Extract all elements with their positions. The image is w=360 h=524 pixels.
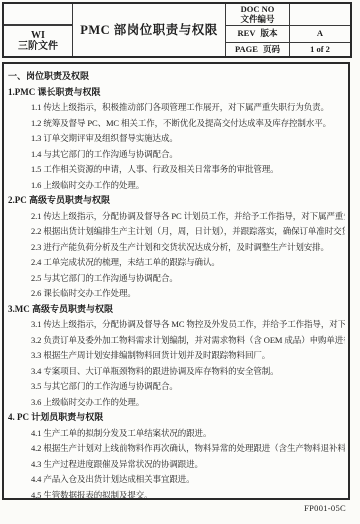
logo-area	[4, 4, 73, 26]
duty-item: 1.2 统筹及督导 PC、MC 相关工作，不断优化及提高交付达成率及库存控制水平…	[8, 116, 345, 132]
section-title: 一、岗位职责及权限	[8, 69, 345, 85]
duty-item: 2.2 根据出货计划编排生产主计划（月，周，日计划），并跟踪落实，确保订单准时交…	[8, 224, 345, 240]
duty-item: 3.6 上级临时交办工作的处理。	[8, 395, 345, 411]
duty-item: 3.2 负责订单及委外加工物料需求计划编制，并对需求物料（含 OEM 成品）申购…	[8, 333, 345, 349]
body-sections: 1.PMC 课长职责与权限1.1 传达上级指示，积极推动部门各项管理工作展开，对…	[8, 85, 345, 501]
rev-label: REV 版本	[226, 26, 290, 43]
doc-type-code: WI	[31, 30, 45, 42]
duty-item: 2.6 课长临时交办工作处理。	[8, 286, 345, 302]
duty-item: 4.4 产品入仓及出货计划达成相关事宜跟进。	[8, 472, 345, 488]
subsection-heading: 4. PC 计划员职责与权限	[8, 410, 345, 426]
duty-item: 2.1 传达上级指示，分配协调及督导各 PC 计划员工作，并给予工作指导，对下属…	[8, 209, 345, 225]
duty-item: 3.5 与其它部门的工作沟通与协调配合。	[8, 379, 345, 395]
rev-value: A	[290, 26, 350, 43]
duty-item: 1.1 传达上级指示，积极推动部门各项管理工作展开，对下属严重失职行为负责。	[8, 100, 345, 116]
duty-item: 4.5 生管数据报表的拟制及提交。	[8, 488, 345, 501]
doc-no-value	[290, 4, 350, 26]
duty-item: 4.1 生产工单的拟制分发及工单结案状况的跟进。	[8, 426, 345, 442]
doc-no-label-zh: 文件编号	[240, 15, 274, 25]
doc-type-label: 三阶文件	[18, 41, 58, 53]
duty-item: 2.3 进行产能负荷分析及生产计划和交货状况达成分析，及时调整生产计划安排。	[8, 240, 345, 256]
duty-item: 4.3 生产过程进度跟催及异常状况的协调跟进。	[8, 457, 345, 473]
page-label: PAGE 页码	[226, 43, 290, 56]
page-label-text: PAGE 页码	[235, 45, 280, 55]
doc-type-cell: WI 三阶文件	[4, 26, 73, 56]
subsection-heading: 1.PMC 课长职责与权限	[8, 85, 345, 101]
duty-item: 4.2 根据生产计划对上线前物料作再次确认，物料异常的处理跟进（含生产物料退补料…	[8, 441, 345, 457]
form-code: FP001-05C	[304, 503, 346, 513]
duty-item: 3.4 专案项目、大订单瓶颈物料的跟进协调及库存物料的安全管制。	[8, 364, 345, 380]
duty-item: 1.5 工作相关资源的申请，人事、行政及相关日常事务的审批管理。	[8, 162, 345, 178]
duty-item: 1.3 订单交期评审及组织督导实施达成。	[8, 131, 345, 147]
subsection-heading: 2.PC 高级专员职责与权限	[8, 193, 345, 209]
doc-no-label: DOC NO 文件编号	[226, 4, 290, 26]
rev-label-text: REV 版本	[238, 29, 278, 39]
document-title: PMC 部岗位职责与权限	[73, 4, 226, 56]
duty-item: 1.6 上级临时交办工作的处理。	[8, 178, 345, 194]
page-value: 1 of 2	[290, 43, 350, 56]
document-page: WI 三阶文件 PMC 部岗位职责与权限 DOC NO 文件编号 REV 版本 …	[0, 0, 360, 524]
duty-item: 1.4 与其它部门的工作沟通与协调配合。	[8, 147, 345, 163]
duty-item: 3.1 传达上级指示，分配协调及督导各 MC 物控及外发员工作，并给予工作指导，…	[8, 317, 345, 333]
subsection-heading: 3.MC 高级专员职责与权限	[8, 302, 345, 318]
body-box: 一、岗位职责及权限 1.PMC 课长职责与权限1.1 传达上级指示，积极推动部门…	[2, 62, 350, 500]
duty-item: 3.3 根据生产周计划安排编制物料回货计划并及时跟踪物料回厂。	[8, 348, 345, 364]
duty-item: 2.5 与其它部门的工作沟通与协调配合。	[8, 271, 345, 287]
header-table: WI 三阶文件 PMC 部岗位职责与权限 DOC NO 文件编号 REV 版本 …	[2, 2, 352, 58]
duty-item: 2.4 工单完成状况的梳理，未结工单的跟踪与确认。	[8, 255, 345, 271]
